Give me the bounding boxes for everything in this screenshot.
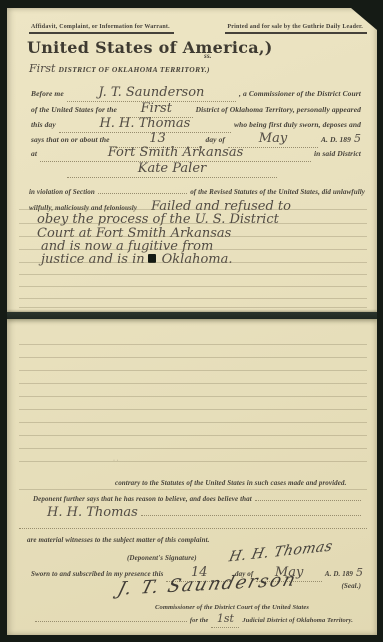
ruled-line xyxy=(19,357,367,358)
charge-entry-5a: justice and is in xyxy=(41,252,145,267)
district-number-handwritten: First xyxy=(141,101,172,116)
this-day-label: this day xyxy=(31,120,56,129)
ruled-line xyxy=(19,461,367,462)
contrary-clause: contrary to the Statutes of the United S… xyxy=(115,479,346,487)
accused-name-line: Kate Paler xyxy=(67,160,277,178)
district-caption-printed: DISTRICT OF OKLAHOMA TERRITORY.) xyxy=(58,65,209,74)
witness-name-line: H. H. Thomas xyxy=(47,505,361,520)
ruled-line xyxy=(19,274,367,275)
material-witnesses-label: are material witnesses to the subject ma… xyxy=(27,536,209,544)
ruled-line xyxy=(19,448,367,449)
fold-shadow xyxy=(7,312,377,319)
ruled-line xyxy=(19,370,367,371)
deponent-signature-line: (Deponent's Signature) H. H. Thomas xyxy=(127,548,361,565)
charge-entry-2: obey the process of the U. S. District xyxy=(37,212,279,227)
deponent-name-entry: H. H. Thomas xyxy=(99,116,190,131)
ss-abbreviation: ss. xyxy=(204,52,212,60)
judicial-district-suffix-label: Judicial District of Oklahoma Territory. xyxy=(242,617,353,624)
ruled-line xyxy=(19,262,367,263)
district-suffix-label: District of Oklahoma Territory, personal… xyxy=(196,105,361,114)
ruled-line xyxy=(19,209,367,210)
day-of-label: day of xyxy=(205,135,225,144)
stray-mark: · · xyxy=(113,458,119,464)
blank-dotted-line xyxy=(19,528,367,529)
document-title: United States of America,) xyxy=(27,38,273,57)
at-label: at xyxy=(31,149,37,158)
charge-entry-5b: Oklahoma. xyxy=(162,252,233,267)
deponent-signature-label: (Deponent's Signature) xyxy=(127,554,197,562)
judicial-number-blank: 1st xyxy=(211,610,239,628)
place-entry: Fort Smith Arkansas xyxy=(108,145,244,160)
ruled-line xyxy=(19,409,367,410)
affidavit-document: Affidavit, Complaint, or Information for… xyxy=(7,8,377,635)
section-number-blank xyxy=(98,193,187,194)
ruled-line xyxy=(19,223,367,224)
ruled-line xyxy=(19,236,367,237)
witness-continuation-blank xyxy=(141,515,361,516)
violation-suffix-label: of the Revised Statutes of the United St… xyxy=(190,188,365,196)
deponent-further-label: Deponent further says that he has reason… xyxy=(33,495,252,503)
in-said-district-label: in said District xyxy=(314,149,361,158)
wilfully-label: wilfully, maliciously and feloniously xyxy=(29,204,137,212)
imprint-header: Affidavit, Complaint, or Information for… xyxy=(29,24,367,34)
violation-line: in violation of Section of the Revised S… xyxy=(29,188,365,196)
witness-name-entry: H. H. Thomas xyxy=(47,505,138,520)
of-us-for-label: of the United States for the xyxy=(31,105,117,114)
deponent-signature-area: H. H. Thomas xyxy=(200,548,361,565)
printer-imprint-label: Printed and for sale by the Guthrie Dail… xyxy=(225,24,367,34)
accused-name-blank: Kate Paler xyxy=(67,160,277,178)
ruled-line xyxy=(19,307,367,308)
charge-line-2: obey the process of the U. S. District xyxy=(37,212,361,227)
sworn-ad-prefix-label: A. D. 189 xyxy=(325,570,353,578)
sworn-year-entry: 5 xyxy=(356,566,363,579)
seal-label: (Seal.) xyxy=(341,582,361,590)
ruled-line xyxy=(19,298,367,299)
district-caption-line: First DISTRICT OF OKLAHOMA TERRITORY.) xyxy=(29,62,361,75)
believe-blank xyxy=(255,500,361,501)
judicial-number-entry: 1st xyxy=(217,612,234,625)
ruled-line xyxy=(19,435,367,436)
commissioner-name-entry: J. T. Saunderson xyxy=(98,85,204,100)
commissioner-suffix-label: , a Commissioner of the District Court xyxy=(239,89,361,98)
charge-line-5: justice and is in Oklahoma. xyxy=(41,252,361,267)
ruled-line xyxy=(19,286,367,287)
ruled-line xyxy=(19,489,367,490)
ruled-line xyxy=(19,344,367,345)
leader-dots xyxy=(35,621,187,622)
for-the-label: for the xyxy=(190,617,209,624)
ruled-line xyxy=(19,396,367,397)
ruled-line xyxy=(19,249,367,250)
form-title-label: Affidavit, Complaint, or Information for… xyxy=(29,24,174,34)
ad-prefix-label: A. D. 189 xyxy=(321,135,351,144)
ruled-line xyxy=(19,383,367,384)
before-me-label: Before me xyxy=(31,89,64,98)
judicial-district-line: for the 1st Judicial District of Oklahom… xyxy=(35,610,353,628)
who-being-label: who being first duly sworn, deposes and xyxy=(234,120,361,129)
accused-name-entry: Kate Paler xyxy=(138,161,207,176)
says-that-label: says that on or about the xyxy=(31,135,110,144)
ruled-line xyxy=(19,422,367,423)
violation-prefix-label: in violation of Section xyxy=(29,188,95,196)
deponent-further-line: Deponent further says that he has reason… xyxy=(33,495,361,503)
district-number-entry: First xyxy=(29,62,55,75)
commissioner-signature-line: J. T. Saunderson xyxy=(97,574,317,595)
